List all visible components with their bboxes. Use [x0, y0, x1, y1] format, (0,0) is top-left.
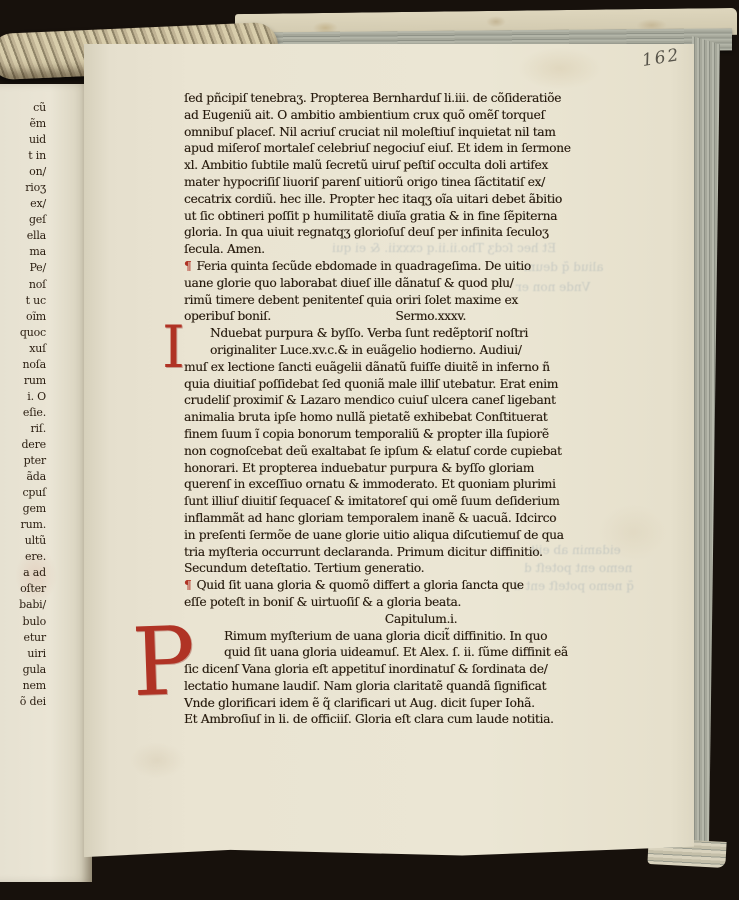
text-line: lectatio humane laudiſ. Nam gloria clari…	[184, 678, 566, 695]
facing-page-line-fragment: babi/	[0, 597, 46, 613]
text-line: ſecula. Amen.	[184, 241, 566, 258]
facing-page-sliver: cũẽmuidt inon/rioʒex/geſellamaPe/noſt uc…	[0, 84, 92, 882]
text-line: ſed pñcipiſ tenebraʒ. Propterea Bernhard…	[184, 90, 566, 107]
text-line: ut ſic obtineri poſſit p humilitatẽ diuĩ…	[184, 208, 566, 225]
facing-page-line-fragment: eſie.	[0, 405, 46, 421]
facing-page-line-fragment: noſ	[0, 277, 46, 293]
rubricated-initial-I: I	[162, 322, 185, 372]
facing-page-line-fragment: nem	[0, 678, 46, 694]
facing-page-line-fragment: quoc	[0, 325, 46, 341]
facing-page-line-fragment: rum.	[0, 517, 46, 533]
facing-page-line-fragment: xuſ	[0, 341, 46, 357]
facing-page-line-fragment: bulo	[0, 614, 46, 630]
text-line: eſſe poteſt in boniſ & uirtuoſiſ & a glo…	[184, 594, 566, 611]
sermon-body: I Nduebat purpura & byſſo. Verba ſunt re…	[184, 325, 566, 577]
text-line: ad Eugeniũ ait. O ambitio ambientium cru…	[184, 107, 566, 124]
facing-page-line-fragment: t uc	[0, 293, 46, 309]
facing-page-line-fragment: etur	[0, 630, 46, 646]
text-line: querenſ in exceſſiuo ornatu & immoderato…	[184, 476, 566, 493]
facing-page-line-fragment: ella	[0, 228, 46, 244]
text-line: operibuſ boniſ. Sermo.xxxv.	[184, 308, 566, 325]
facing-page-line-fragment: dere	[0, 437, 46, 453]
facing-page-line-fragment: ex/	[0, 196, 46, 212]
text-line: mater hypocriſiſ liuoriſ parenſ uitiorũ …	[184, 174, 566, 191]
paragraph-quid-rubric: ¶Quid ſit uana gloria & quomõ differt a …	[184, 577, 566, 611]
facing-page-line-fragment: cũ	[0, 100, 46, 116]
book-photograph: cũẽmuidt inon/rioʒex/geſellamaPe/noſt uc…	[0, 0, 739, 900]
rubric-first-line: Quid ſit uana gloria & quomõ differt a g…	[196, 578, 523, 592]
facing-page-line-endings: cũẽmuidt inon/rioʒex/geſellamaPe/noſt uc…	[0, 100, 46, 710]
facing-page-line-fragment: ere.	[0, 549, 46, 565]
text-line: Nduebat purpura & byſſo. Verba ſunt redẽ…	[184, 325, 566, 342]
pilcrow-mark: ¶	[184, 259, 191, 273]
facing-page-line-fragment: cpuſ	[0, 485, 46, 501]
facing-page-line-fragment: on/	[0, 164, 46, 180]
book-page: 162 Et hec ſcdʒ Tho.ii.ii.q cxxxii. & ei…	[84, 44, 694, 858]
text-line: in preſenti ſermõe de uane glorie uitio …	[184, 527, 566, 544]
text-line: crudeliſ proximiſ & Lazaro mendico cuiuſ…	[184, 392, 566, 409]
facing-page-line-fragment: rum	[0, 373, 46, 389]
text-line: inflammãt ad hanc gloriam temporalem ina…	[184, 510, 566, 527]
text-line: gloria. In qua uiuit regnatqʒ glorioſuſ …	[184, 224, 566, 241]
facing-page-line-fragment: i. O	[0, 389, 46, 405]
text-line: honorari. Et propterea induebatur purpur…	[184, 460, 566, 477]
facing-page-line-fragment: t in	[0, 148, 46, 164]
facing-page-line-fragment: oĩm	[0, 309, 46, 325]
text-line: quid ſit uana gloria uideamuſ. Et Alex. …	[184, 644, 566, 661]
facing-page-line-fragment: a ad	[0, 565, 46, 581]
book-fore-edge-page-stack	[692, 36, 720, 868]
text-line: Vnde glorificari idem ẽ q̃ clarificari u…	[184, 695, 566, 712]
text-line: xl. Ambitio ſubtile malũ ſecretũ uiruſ p…	[184, 157, 566, 174]
text-line: apud miſeroſ mortaleſ celebriuſ negociuſ…	[184, 140, 566, 157]
text-line: originaliter Luce.xv.c.& in euãgelio hod…	[184, 342, 566, 359]
facing-page-line-fragment: uiri	[0, 646, 46, 662]
rubric-first-line: Feria quinta ſecũde ebdomade in quadrage…	[196, 259, 530, 273]
facing-page-line-fragment: uid	[0, 132, 46, 148]
folio-number: 162	[641, 45, 682, 71]
paragraph-feria-rubric: ¶Feria quinta ſecũde ebdomade in quadrag…	[184, 258, 566, 325]
text-line: Rimum myſterium de uana gloria dicit̃ di…	[184, 628, 566, 645]
text-line: Secundum deteſtatio. Tertium generatio.	[184, 560, 566, 577]
facing-page-line-fragment: pter	[0, 453, 46, 469]
text-line: cecatrix cordiũ. hec ille. Propter hec i…	[184, 191, 566, 208]
rubric-close: operibuſ boniſ.	[184, 308, 271, 325]
text-line: ſunt illiuſ diuitiſ ſequaceſ & imitatore…	[184, 493, 566, 510]
text-line: Et Ambroſiuſ in li. de officiiſ. Gloria …	[184, 711, 566, 728]
facing-page-line-fragment: noſa	[0, 357, 46, 373]
text-line: ¶Quid ſit uana gloria & quomõ differt a …	[184, 577, 566, 594]
facing-page-line-fragment: riſ.	[0, 421, 46, 437]
chapter-heading: Capitulum.i.	[184, 611, 566, 628]
facing-page-line-fragment: gem	[0, 501, 46, 517]
text-line: ſic dicenſ Vana gloria eſt appetituſ ino…	[184, 661, 566, 678]
text-block: ſed pñcipiſ tenebraʒ. Propterea Bernhard…	[184, 90, 566, 728]
text-line: rimũ timere debent penitenteſ quia oriri…	[184, 292, 566, 309]
facing-page-line-fragment: gula	[0, 662, 46, 678]
text-line: uane glorie quo laborabat diueſ ille dãn…	[184, 275, 566, 292]
text-line: ¶Feria quinta ſecũde ebdomade in quadrag…	[184, 258, 566, 275]
text-line: quia diuitiaſ poſſidebat ſed quoniã male…	[184, 376, 566, 393]
text-line: omnibuſ placeſ. Nil acriuſ cruciat nil m…	[184, 124, 566, 141]
text-line: muſ ex lectione ſancti euãgelii dãnatũ f…	[184, 359, 566, 376]
facing-page-line-fragment: rioʒ	[0, 180, 46, 196]
sermo-number: Sermo.xxxv.	[395, 308, 466, 325]
paragraph-de-consideratione: ſed pñcipiſ tenebraʒ. Propterea Bernhard…	[184, 90, 566, 258]
text-line: finem ſuum ĩ copia bonorum temporaliũ & …	[184, 426, 566, 443]
text-line: animalia bruta ipſe homo nullã pietatẽ e…	[184, 409, 566, 426]
pilcrow-mark: ¶	[184, 578, 191, 592]
facing-page-line-fragment: geſ	[0, 212, 46, 228]
facing-page-line-fragment: ma	[0, 244, 46, 260]
rubricated-initial-P: P	[131, 618, 197, 706]
facing-page-line-fragment: oſter	[0, 581, 46, 597]
text-line: non cognoſcebat deũ exaltabat ſe ipſum &…	[184, 443, 566, 460]
facing-page-line-fragment: ultũ	[0, 533, 46, 549]
text-line: tria myſteria occurrunt declaranda. Prim…	[184, 544, 566, 561]
facing-page-line-fragment: õ dei	[0, 694, 46, 710]
facing-page-line-fragment: Pe/	[0, 260, 46, 276]
facing-page-line-fragment: ẽm	[0, 116, 46, 132]
facing-page-line-fragment: ãda	[0, 469, 46, 485]
chapter-body: P Rimum myſterium de uana gloria dicit̃ …	[184, 628, 566, 729]
